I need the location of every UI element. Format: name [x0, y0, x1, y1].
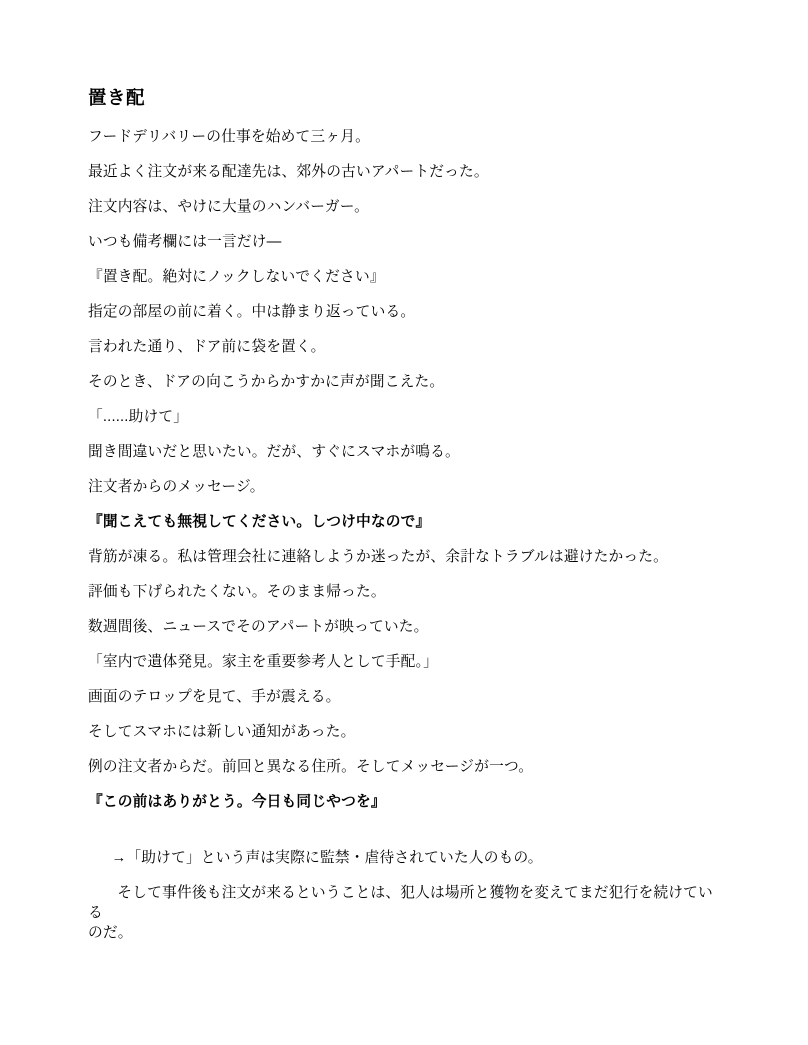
paragraph: 「......助けて」 [88, 407, 720, 427]
paragraph: 評価も下げられたくない。そのまま帰った。 [88, 582, 720, 602]
paragraph: 例の注文者からだ。前回と異なる住所。そしてメッセージが一つ。 [88, 757, 720, 777]
paragraph: そして事件後も注文が来るということは、犯人は場所と獲物を変えてまだ犯行を続けてい… [88, 883, 720, 943]
paragraph: そのとき、ドアの向こうからかすかに声が聞こえた。 [88, 372, 720, 392]
paragraph: フードデリバリーの仕事を始めて三ヶ月。 [88, 127, 720, 147]
paragraph: 背筋が凍る。私は管理会社に連絡しようか迷ったが、余計なトラブルは避けたかった。 [88, 547, 720, 567]
paragraph: 「室内で遺体発見。家主を重要参考人として手配。」 [88, 652, 720, 672]
paragraph: 注文内容は、やけに大量のハンバーガー。 [88, 197, 720, 217]
document-body: フードデリバリーの仕事を始めて三ヶ月。最近よく注文が来る配達先は、郊外の古いアパ… [88, 127, 720, 943]
paragraph: 指定の部屋の前に着く。中は静まり返っている。 [88, 302, 720, 322]
paragraph: そしてスマホには新しい通知があった。 [88, 722, 720, 742]
paragraph: 注文者からのメッセージ。 [88, 477, 720, 497]
paragraph: 『置き配。絶対にノックしないでください』 [88, 267, 720, 287]
document-page: 置き配 フードデリバリーの仕事を始めて三ヶ月。最近よく注文が来る配達先は、郊外の… [0, 0, 808, 1045]
paragraph: 最近よく注文が来る配達先は、郊外の古いアパートだった。 [88, 162, 720, 182]
document-title: 置き配 [88, 86, 720, 110]
paragraph: →「助けて」という声は実際に監禁・虐待されていた人のもの。 [88, 848, 720, 868]
paragraph: 『聞こえても無視してください。しつけ中なので』 [88, 512, 720, 532]
paragraph: 数週間後、ニュースでそのアパートが映っていた。 [88, 617, 720, 637]
paragraph: 聞き間違いだと思いたい。だが、すぐにスマホが鳴る。 [88, 442, 720, 462]
paragraph: 『この前はありがとう。今日も同じやつを』 [88, 792, 720, 812]
paragraph: 画面のテロップを見て、手が震える。 [88, 687, 720, 707]
paragraph: いつも備考欄には一言だけ— [88, 232, 720, 252]
paragraph: 言われた通り、ドア前に袋を置く。 [88, 337, 720, 357]
